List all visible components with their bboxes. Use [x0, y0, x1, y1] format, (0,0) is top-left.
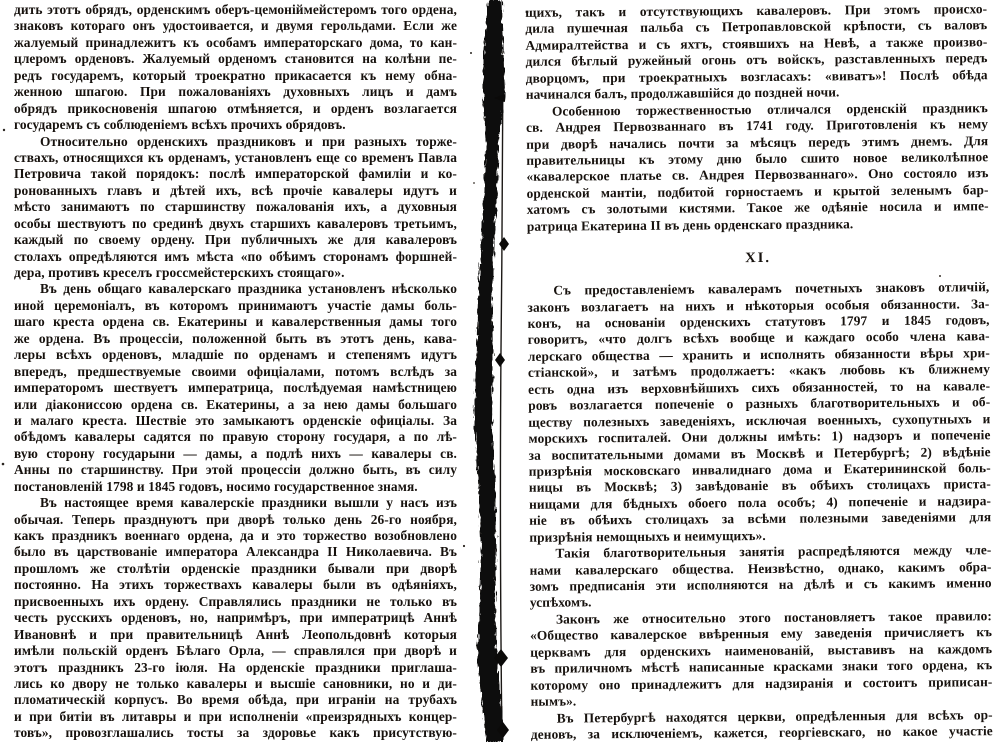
- paragraph: Въ Петербургѣ находятся церкви, опредѣле…: [531, 707, 993, 742]
- right-page: щихъ, такъ и отсутствующихъ кавалеровъ. …: [525, 1, 993, 742]
- text-line: было въ царствованіе императора Александ…: [14, 544, 457, 560]
- text-line: товъ», провозглашались тосты за здоровье…: [14, 725, 457, 741]
- paragraph: Въ настоящее время кавалерскіе праздники…: [14, 495, 457, 742]
- text-line: обѣдомъ кавалеры садятся по правую сторо…: [14, 429, 457, 445]
- text-line: Въ день общаго кавалерскаго праздника ус…: [14, 281, 457, 297]
- text-line: государемъ съ соблюденіемъ всѣхъ прочихъ…: [14, 117, 457, 133]
- text-line: обычая. Теперь празднуютъ при дворѣ толь…: [14, 512, 457, 528]
- left-page: дить этотъ обрядъ, орденскимъ оберъ-цемо…: [14, 2, 457, 742]
- text-line: женною шпагою. При пожалованіяхъ духовны…: [14, 84, 457, 100]
- paragraph: дить этотъ обрядъ, орденскимъ оберъ-цемо…: [14, 2, 457, 134]
- paragraph: Въ день общаго кавалерскаго праздника ус…: [14, 281, 457, 495]
- text-line: постановленій 1798 и 1845 годовъ, носимо…: [14, 479, 457, 495]
- text-line: Петровича такой порядокъ: послѣ императо…: [14, 166, 457, 182]
- text-line: знаковъ котораго онъ удостоивается, и дв…: [14, 18, 457, 34]
- text-line: присвоенныхъ ихъ ордену. Справлялись пра…: [14, 594, 457, 610]
- text-line: жалуемый принадлежитъ къ особамъ императ…: [14, 35, 457, 51]
- text-line: и малаго креста. Шествіе это замыкаютъ о…: [14, 413, 457, 429]
- text-line: ствахъ, относящихся къ орденамъ, установ…: [14, 150, 457, 166]
- text-line: впередъ, предшествуемые своими офиціалам…: [14, 364, 457, 380]
- text-line: постоянно. На этихъ торжествахъ кавалеры…: [14, 577, 457, 593]
- text-line: лись ко двору не только кавалеры и высші…: [14, 676, 457, 692]
- text-line: вую сторону государыни — дамы, а подлѣ н…: [14, 446, 457, 462]
- text-line: каждый по своему ордену. При публичныхъ …: [14, 232, 457, 248]
- text-line: Въ настоящее время кавалерскіе праздники…: [14, 495, 457, 511]
- text-line: леры всѣхъ орденовъ, младшіе по орденамъ…: [14, 347, 457, 363]
- text-line: особы шествуютъ по срединѣ двухъ старших…: [14, 216, 457, 232]
- text-line: деновъ, за исключеніемъ, кажется, георгі…: [531, 723, 993, 742]
- text-line: ронованныхъ главъ и дѣтей ихъ, всѣ прочі…: [14, 183, 457, 199]
- text-line: иной церемоніалъ, въ которомъ принимаютъ…: [14, 298, 457, 314]
- text-line: редъ государемъ, который троекратно прик…: [14, 68, 457, 84]
- text-line: дера, противъ креселъ гроссмейстерскихъ …: [14, 265, 457, 281]
- text-line: дить этотъ обрядъ, орденскимъ оберъ-цемо…: [14, 2, 457, 18]
- text-line: или діакониссою ордена св. Екатерины, а …: [14, 397, 457, 413]
- book-spread: дить этотъ обрядъ, орденскимъ оберъ-цемо…: [0, 0, 998, 742]
- text-line: столахъ опредѣляются имъ мѣста «по обѣим…: [14, 249, 457, 265]
- text-line: прошломъ же столѣтіи орденскіе праздники…: [14, 561, 457, 577]
- section-heading: XI.: [527, 247, 989, 269]
- text-line: цлеромъ орденовъ. Жалуемый орденомъ стан…: [14, 51, 457, 67]
- text-line: мѣсто занимаютъ по старшинству пожалован…: [14, 199, 457, 215]
- paragraph: щихъ, такъ и отсутствующихъ кавалеровъ. …: [525, 1, 988, 103]
- thread-line: [500, 55, 503, 742]
- binding-gutter: [458, 0, 522, 742]
- text-line: же ордена. Въ процессіи, положенной быть…: [14, 331, 457, 347]
- thread-knot: [495, 353, 505, 367]
- text-line: Относительно орденскихъ праздниковъ и пр…: [14, 134, 457, 150]
- paragraph: Такія благотворительныя занятія распредѣ…: [529, 542, 992, 611]
- paragraph: Относительно орденскихъ праздниковъ и пр…: [14, 134, 457, 282]
- text-line: честь русскихъ орденовъ, но, напримѣръ, …: [14, 610, 457, 626]
- text-line: Анны по старшинству. При этой процессіи …: [14, 462, 457, 478]
- text-line: какъ праздникъ военнаго ордена, да и это…: [14, 528, 457, 544]
- text-line: императоромъ шествуетъ императрица, посл…: [14, 380, 457, 396]
- text-line: обрядъ прикосновенія шпагою отмѣняется, …: [14, 101, 457, 117]
- gutter-graphic: [458, 0, 522, 742]
- text-line: этотъ праздникъ 23-го іюля. На орденскіе…: [14, 660, 457, 676]
- text-line: и при битіи въ литавры и при исполненіи …: [14, 709, 457, 725]
- text-line: имѣли польскій орденъ Бѣлаго Орла, — спр…: [14, 643, 457, 659]
- thread-knot: [499, 237, 509, 251]
- text-line: ратрица Екатерина II въ день орденскаго …: [527, 215, 989, 235]
- text-line: шаго креста ордена св. Екатерины и кавал…: [14, 314, 457, 330]
- paragraph: Особенною торжественностью отличался орд…: [526, 100, 989, 235]
- text-line: Ивановнѣ и при правительницѣ Аннѣ Леопол…: [14, 627, 457, 643]
- text-line: пломатическій корпусъ. Во время обѣда, п…: [14, 692, 457, 708]
- paragraph: Съ предоставленіемъ кавалерамъ почетныхъ…: [527, 279, 991, 546]
- paragraph: Законъ же относительно этого постановляе…: [530, 608, 993, 710]
